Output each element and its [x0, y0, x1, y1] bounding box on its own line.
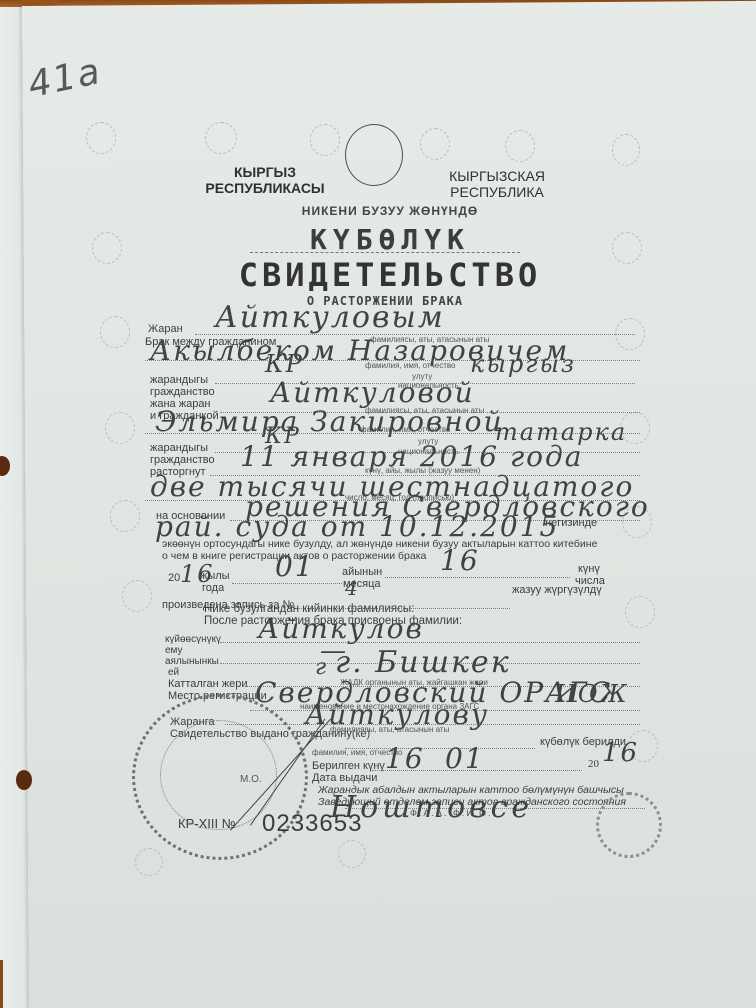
- record-label-kg: жазуу жүргүзүлдү: [512, 584, 602, 596]
- punch-hole: [16, 770, 32, 790]
- citizenship-label-ru: гражданство: [150, 386, 215, 398]
- security-ornament: [110, 500, 140, 532]
- security-ornament: [338, 840, 366, 868]
- title-divider: [250, 252, 520, 253]
- security-ornament: [100, 316, 130, 348]
- field-line: [232, 583, 342, 584]
- title-ru: СВИДЕТЕЛЬСТВО: [230, 256, 550, 294]
- security-ornament: [625, 596, 655, 628]
- year-label-kg: жылы: [200, 570, 230, 582]
- security-ornament: [505, 130, 535, 162]
- field-caption: фамилия, имя, отчество: [365, 361, 456, 370]
- security-ornament: [310, 124, 340, 156]
- security-ornament: [612, 134, 640, 166]
- handwritten-month: 01: [275, 550, 315, 583]
- security-ornament: [205, 122, 237, 154]
- handwritten-citizen-nationality: кыргыз: [470, 350, 576, 378]
- table-surface-edge: [0, 960, 3, 1008]
- state-name-kg: КЫРГЫЗ РЕСПУБЛИКАСЫ: [205, 164, 325, 196]
- security-ornament: [420, 128, 450, 160]
- security-ornament: [105, 412, 135, 444]
- year-prefix: 20: [168, 572, 180, 584]
- serial-prefix: КР-XIII №: [178, 816, 236, 831]
- basis-suffix-kg: негизинде: [545, 517, 597, 529]
- year-label-ru: года: [202, 582, 224, 594]
- citizenship-label-kg: жарандыгы: [150, 442, 208, 454]
- seal-label: М.О.: [240, 774, 262, 785]
- field-caption: фамилия, имя, отчество: [360, 425, 451, 434]
- security-ornament: [86, 122, 116, 154]
- handwritten-record-number: 4: [345, 576, 360, 600]
- handwritten-citizen-surname: Айткуловым: [215, 300, 445, 335]
- handwritten-issue-year: 16: [602, 738, 639, 768]
- citizenship-label-kg: жарандыгы: [150, 374, 208, 386]
- state-name-ru: КЫРГЫЗСКАЯ РЕСПУБЛИКА: [432, 168, 562, 200]
- field-line: [220, 642, 640, 643]
- security-ornament: [135, 848, 163, 876]
- secondary-seal: [596, 792, 662, 858]
- title-kg-prefix: НИКЕНИ БУЗУУ ЖӨНҮНДӨ: [240, 204, 540, 218]
- citizenship-label-ru: гражданство: [150, 454, 215, 466]
- issue-year-prefix: 20: [588, 758, 599, 770]
- registry-text-kg: экөөнүн ортосундагы нике бузулду, ал жөн…: [162, 538, 597, 550]
- handwritten-reg-city: г. Бишкек: [335, 645, 511, 680]
- security-ornament: [612, 232, 642, 264]
- signer-caption: Ф.А.А. Ф.И.О.: [410, 808, 493, 818]
- emblem-circle: [345, 124, 403, 186]
- handwritten-citizen-citizenship: КР: [265, 350, 304, 378]
- field-line: [372, 770, 582, 771]
- issued-caption-kg: фамилиясы, аты, атасынын аты: [330, 725, 449, 734]
- handwritten-reg-place-2: ИОЖ: [555, 680, 629, 708]
- day-label-kg: күнү: [578, 563, 600, 575]
- reg-place-label-kg: Катталган жери: [168, 678, 248, 690]
- field-line: [385, 577, 570, 578]
- issue-date-label-ru: Дата выдачи: [312, 772, 377, 784]
- security-ornament: [92, 232, 122, 264]
- security-ornament: [122, 580, 152, 612]
- serial-number: 0233653: [262, 810, 362, 838]
- handwritten-day: 16: [440, 544, 480, 577]
